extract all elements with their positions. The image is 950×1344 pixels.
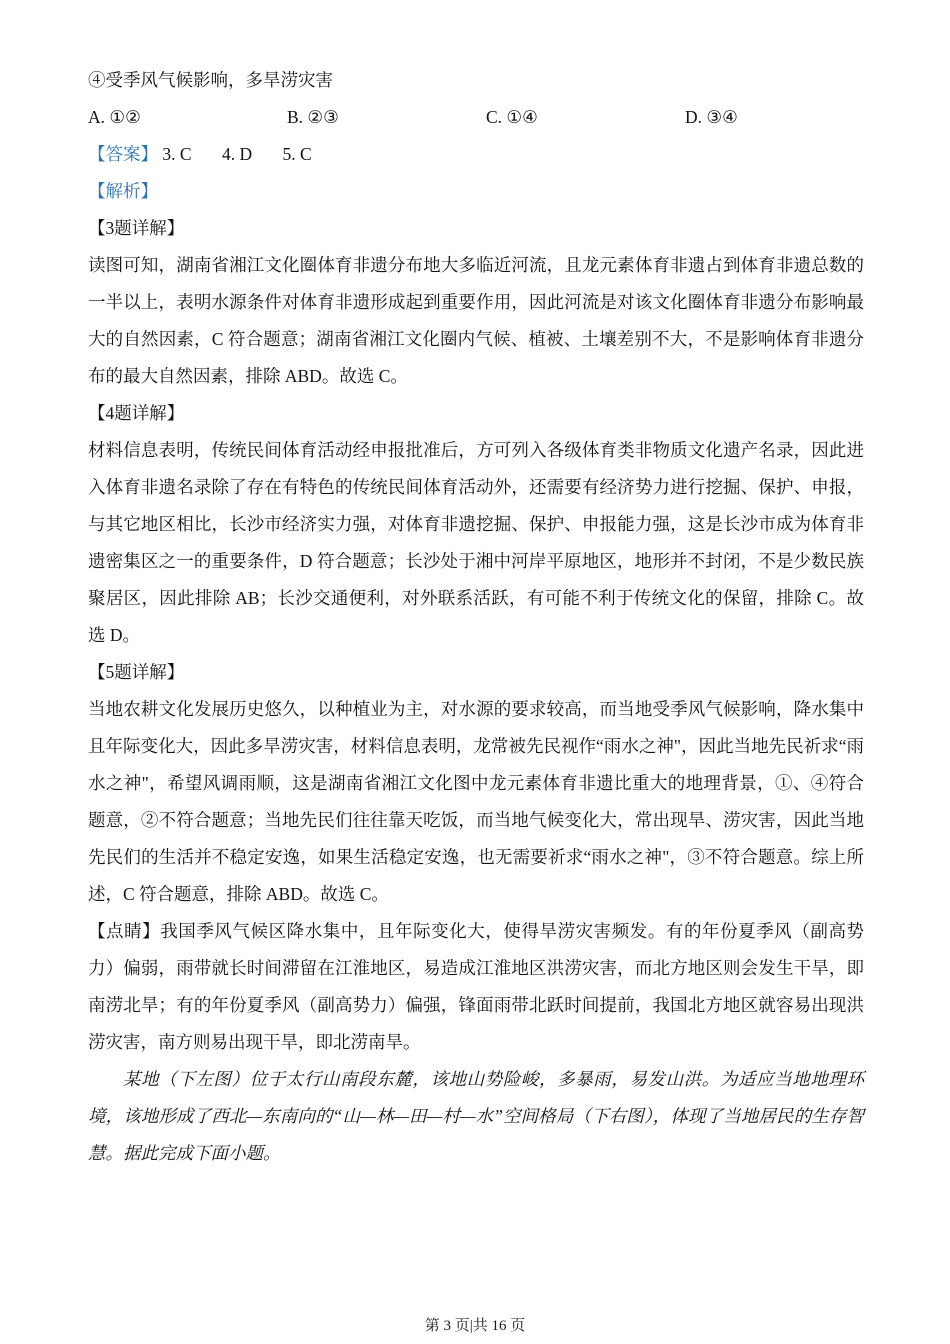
option-a: A. ①② (88, 99, 287, 136)
tip-text: 我国季风气候区降水集中，且年际变化大，使得旱涝灾害频发。有的年份夏季风（副高势力… (88, 921, 864, 1052)
option-c: C. ①④ (486, 99, 685, 136)
analysis-label: 【解析】 (88, 181, 158, 201)
page-content: ④受季风气候影响，多旱涝灾害 A. ①② B. ②③ C. ①④ D. ③④ 【… (88, 62, 864, 1172)
document-page: ④受季风气候影响，多旱涝灾害 A. ①② B. ②③ C. ①④ D. ③④ 【… (0, 0, 950, 1344)
detail4-text: 材料信息表明，传统民间体育活动经申报批准后，方可列入各级体育类非物质文化遗产名录… (88, 432, 864, 654)
tip-label: 【点睛】 (88, 921, 160, 941)
option-b: B. ②③ (287, 99, 486, 136)
answer-label: 【答案】 (88, 144, 158, 164)
detail5-text: 当地农耕文化发展历史悠久，以种植业为主，对水源的要求较高，而当地受季风气候影响，… (88, 691, 864, 913)
detail3-text: 读图可知，湖南省湘江文化圈体育非遗分布地大多临近河流，且龙元素体育非遗占到体育非… (88, 247, 864, 395)
detail3-heading: 【3题详解】 (88, 210, 864, 247)
material-paragraph: 某地（下左图）位于太行山南段东麓，该地山势险峻，多暴雨，易发山洪。为适应当地地理… (88, 1061, 864, 1172)
option-d: D. ③④ (685, 99, 864, 136)
page-footer: 第 3 页|共 16 页 (0, 1316, 950, 1336)
answer-line: 【答案】 3. C 4. D 5. C (88, 136, 864, 173)
analysis-label-line: 【解析】 (88, 173, 864, 210)
answer-q5: 5. C (282, 144, 311, 164)
answer-q4: 4. D (222, 144, 252, 164)
tip-paragraph: 【点睛】我国季风气候区降水集中，且年际变化大，使得旱涝灾害频发。有的年份夏季风（… (88, 913, 864, 1061)
question-statement-4: ④受季风气候影响，多旱涝灾害 (88, 62, 864, 99)
answer-q3: 3. C (162, 144, 191, 164)
detail4-heading: 【4题详解】 (88, 395, 864, 432)
options-row: A. ①② B. ②③ C. ①④ D. ③④ (88, 99, 864, 136)
detail5-heading: 【5题详解】 (88, 654, 864, 691)
page-number: 第 3 页|共 16 页 (425, 1318, 526, 1334)
